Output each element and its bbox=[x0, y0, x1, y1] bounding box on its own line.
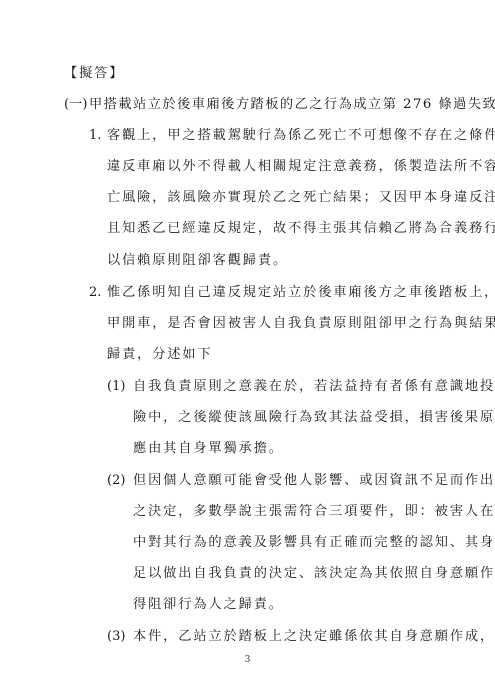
item-2-line-2: 甲開車，是否會因被害人自我負責原則阻卻甲之行為與結果之客觀 bbox=[107, 316, 495, 332]
subitem-2-line-1: 但因個人意願可能會受他人影響、或因資訊不足而作出不自由 bbox=[133, 473, 495, 489]
section-title: 甲搭載站立於後車廂後方踏板的乙之行為成立第 276 條過失致死罪 bbox=[89, 97, 495, 113]
item-1-line-5: 以信賴原則阻卻客觀歸責。 bbox=[107, 253, 288, 269]
subitem-2-line-5: 得阻卻行為人之歸責。 bbox=[133, 597, 284, 613]
subitem-1-line-1: 自我負責原則之意義在於，若法益持有者係有意識地投身與風 bbox=[133, 379, 495, 395]
answer-heading: 【擬答】 bbox=[64, 66, 124, 82]
page-number: 3 bbox=[0, 655, 495, 665]
subitem-2-line-4: 足以做出自我負責的決定、該決定為其依照自身意願作成，始 bbox=[133, 566, 495, 582]
item-1-line-1: 客觀上，甲之搭載駕駛行為係乙死亡不可想像不存在之條件；且甲 bbox=[107, 128, 495, 144]
item-2-number: 2. bbox=[89, 285, 101, 301]
subitem-1-number: (1) bbox=[107, 379, 125, 395]
subitem-2-line-2: 之決定，多數學說主張需符合三項要件，即：被害人在具體個案 bbox=[133, 504, 495, 520]
subitem-1-line-2: 險中，之後縱使該風險行為致其法益受損，損害後果原則上亦 bbox=[133, 410, 495, 426]
subitem-3-line-1: 本件，乙站立於踏板上之決定雖係依其自身意願作成，且其身 bbox=[133, 629, 495, 645]
subitem-2-number: (2) bbox=[107, 473, 125, 489]
subitem-2-line-3: 中對其行為的意義及影響具有正確而完整的認知、其身心狀態 bbox=[133, 535, 495, 551]
subitem-1-line-3: 應由其自身單獨承擔。 bbox=[133, 441, 284, 457]
item-1-line-3: 亡風險，該風險亦實現於乙之死亡結果；又因甲本身違反注意義務 bbox=[107, 190, 495, 206]
item-1-line-2: 違反車廂以外不得載人相關規定注意義務，係製造法所不容許之死 bbox=[107, 159, 495, 175]
subitem-3-number: (3) bbox=[107, 629, 125, 645]
item-2-line-3: 歸責，分述如下 bbox=[107, 347, 213, 363]
item-2-line-1: 惟乙係明知自己違反規定站立於後車廂後方之車後踏板上，且要求 bbox=[107, 285, 495, 301]
item-1-number: 1. bbox=[89, 128, 101, 144]
section-label: (一) bbox=[64, 97, 87, 113]
item-1-line-4: 且知悉乙已經違反規定，故不得主張其信賴乙將為合義務行為，而 bbox=[107, 221, 495, 237]
